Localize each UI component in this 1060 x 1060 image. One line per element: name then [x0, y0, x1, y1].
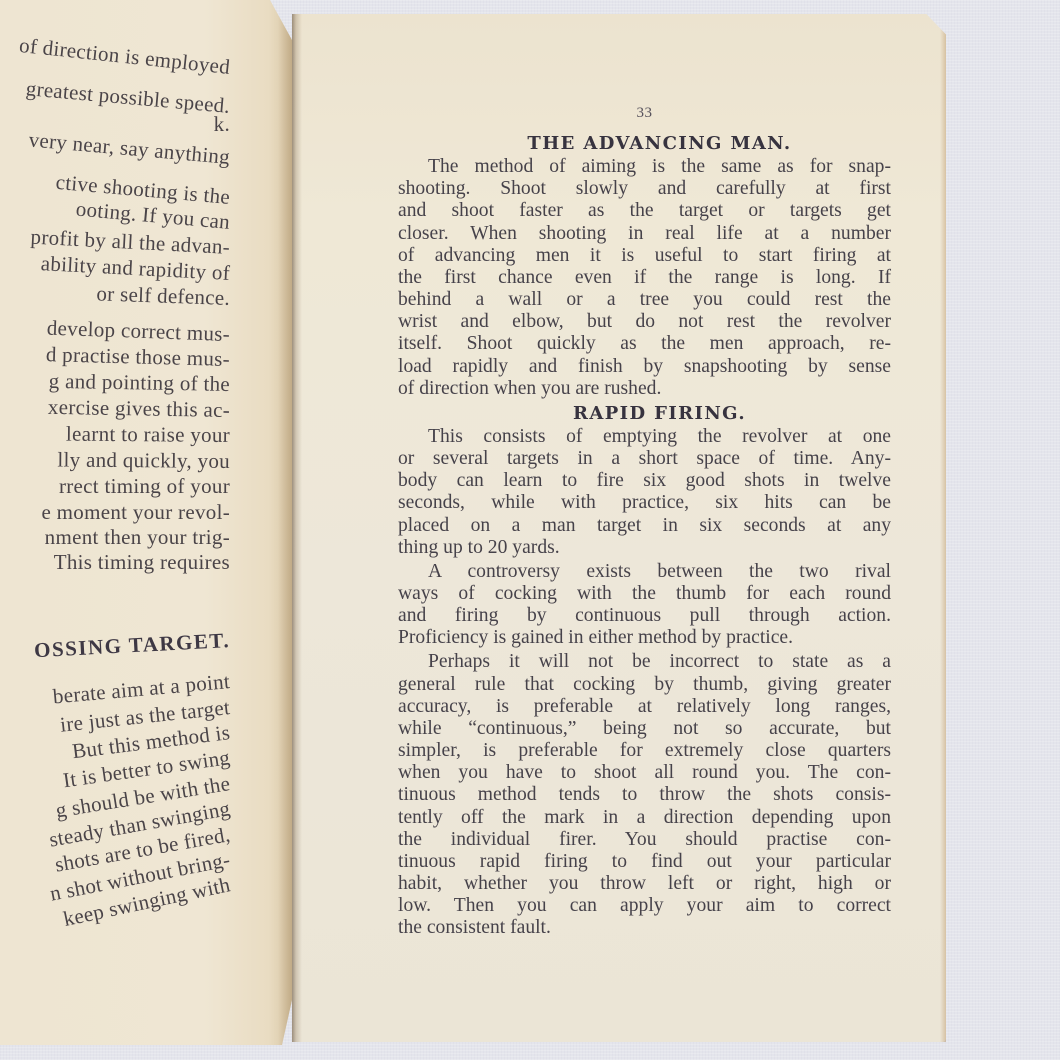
- left-page-text: of direction is employedgreatest possibl…: [0, 55, 230, 898]
- text-line: the first chance even if the range is lo…: [398, 267, 891, 289]
- text-line: or several targets in a short space of t…: [398, 448, 891, 470]
- text-line: seconds, while with practice, six hits c…: [398, 492, 891, 514]
- text-line: This consists of emptying the revolver a…: [398, 426, 891, 448]
- left-page: of direction is employedgreatest possibl…: [0, 0, 292, 1045]
- text-line: when you have to shoot all round you. Th…: [398, 762, 891, 784]
- text-line: Perhaps it will not be incorrect to stat…: [398, 651, 891, 673]
- paragraph: A controversy exists between the two riv…: [398, 561, 891, 650]
- text-line: the consistent fault.: [398, 917, 891, 939]
- section-heading-advancing-man: THE ADVANCING MAN.: [428, 132, 891, 156]
- text-line: Proficiency is gained in either method b…: [398, 627, 891, 649]
- left-text-line: This timing requires: [0, 550, 230, 575]
- left-text-line: rrect timing of your: [0, 474, 230, 499]
- section-heading-rapid-firing: RAPID FIRING.: [428, 402, 891, 426]
- paragraph: The method of aiming is the same as for …: [398, 156, 891, 400]
- text-line: closer. When shooting in real life at a …: [398, 223, 891, 245]
- left-text-line: learnt to raise your: [0, 421, 230, 449]
- left-text-line: lly and quickly, you: [0, 446, 230, 474]
- text-line: The method of aiming is the same as for …: [398, 156, 891, 178]
- text-line: ways of cocking with the thumb for each …: [398, 583, 891, 605]
- text-line: wrist and elbow, but do not rest the rev…: [398, 311, 891, 333]
- text-line: simpler, is preferable for extremely clo…: [398, 740, 891, 762]
- text-line: body can learn to fire six good shots in…: [398, 470, 891, 492]
- page-number: 33: [398, 102, 891, 124]
- text-line: general rule that cocking by thumb, givi…: [398, 674, 891, 696]
- text-line: load rapidly and finish by snapshooting …: [398, 356, 891, 378]
- text-line: tinuous method tends to throw the shots …: [398, 784, 891, 806]
- text-line: and firing by continuous pull through ac…: [398, 605, 891, 627]
- text-line: of direction when you are rushed.: [398, 378, 891, 400]
- text-line: habit, whether you throw left or right, …: [398, 873, 891, 895]
- text-line: itself. Shoot quickly as the men approac…: [398, 333, 891, 355]
- text-line: and shoot faster as the target or target…: [398, 200, 891, 222]
- left-text-line: e moment your revol-: [0, 500, 230, 525]
- text-line: the individual firer. You should practis…: [398, 829, 891, 851]
- left-text-line: xercise gives this ac-: [0, 393, 230, 423]
- text-line: of advancing men it is useful to start f…: [398, 245, 891, 267]
- text-line: tinuous rapid firing to find out your pa…: [398, 851, 891, 873]
- left-text-line: nment then your trig-: [0, 525, 230, 550]
- paragraph: Perhaps it will not be incorrect to stat…: [398, 651, 891, 939]
- text-line: tently off the mark in a direction depen…: [398, 807, 891, 829]
- right-page: 33 THE ADVANCING MAN. The method of aimi…: [292, 14, 946, 1042]
- text-line: shooting. Shoot slowly and carefully at …: [398, 178, 891, 200]
- text-line: accuracy, is preferable at relatively lo…: [398, 696, 891, 718]
- text-line: thing up to 20 yards.: [398, 537, 891, 559]
- text-line: while “continuous,” being not so accurat…: [398, 718, 891, 740]
- text-line: placed on a man target in six seconds at…: [398, 515, 891, 537]
- paragraph: This consists of emptying the revolver a…: [398, 426, 891, 559]
- left-section-heading: OSSING TARGET.: [0, 628, 231, 667]
- left-text-line: of direction is employed: [0, 28, 231, 80]
- left-text-line: g and pointing of the: [0, 368, 230, 398]
- text-line: A controversy exists between the two riv…: [398, 561, 891, 583]
- text-line: low. Then you can apply your aim to corr…: [398, 895, 891, 917]
- page-body: 33 THE ADVANCING MAN. The method of aimi…: [398, 102, 891, 939]
- text-line: behind a wall or a tree you could rest t…: [398, 289, 891, 311]
